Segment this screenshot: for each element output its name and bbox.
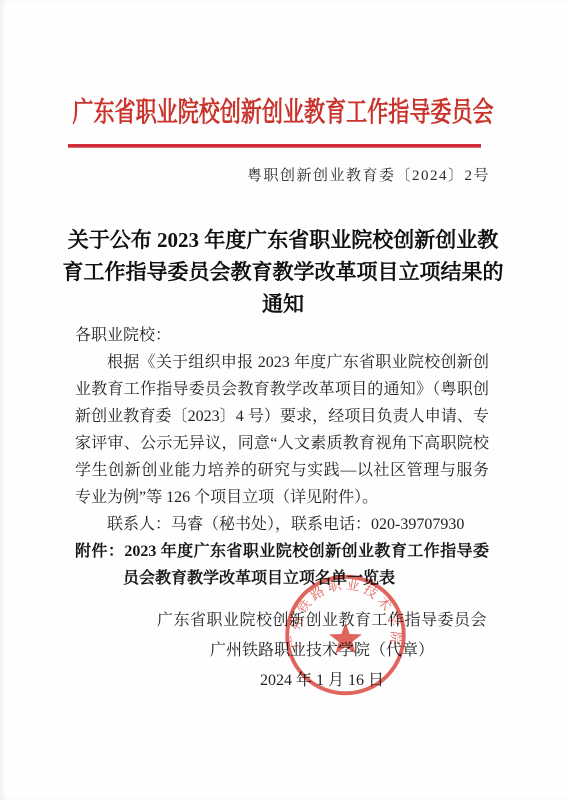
document-title: 关于公布 2023 年度广东省职业院校创新创业教育工作指导委员会教育教学改革项目…: [58, 224, 508, 320]
signature-school: 广州铁路职业技术学院（代章）: [157, 636, 487, 666]
main-paragraph: 根据《关于组织申报 2023 年度广东省职业院校创新创业教育工作指导委员会教育教…: [75, 349, 489, 511]
signature-block: 广东省职业院校创新创业教育工作指导委员会 广州铁路职业技术学院（代章） 2024…: [157, 606, 487, 696]
document-body: 各职业院校： 根据《关于组织申报 2023 年度广东省职业院校创新创业教育工作指…: [75, 322, 489, 592]
contact-line: 联系人：马睿（秘书处），联系电话：020-39707930: [75, 511, 489, 538]
attachment-line: 附件：2023 年度广东省职业院校创新创业教育工作指导委员会教育教学改革项目立项…: [75, 538, 489, 592]
red-header-org-title: 广东省职业院校创新创业教育工作指导委员会: [62, 90, 503, 130]
attachment-text: 2023 年度广东省职业院校创新创业教育工作指导委员会教育教学改革项目立项名单一…: [123, 543, 489, 587]
salutation-line: 各职业院校：: [75, 322, 489, 349]
signature-date: 2024 年 1 月 16 日: [157, 666, 487, 696]
document-page: 广东省职业院校创新创业教育工作指导委员会 粤职创新创业教育委〔2024〕2号 关…: [0, 0, 566, 800]
document-number: 粤职创新创业教育委〔2024〕2号: [247, 164, 490, 185]
red-divider-line: [68, 144, 481, 148]
signature-committee: 广东省职业院校创新创业教育工作指导委员会: [157, 606, 487, 636]
attachment-label: 附件：: [75, 543, 124, 560]
